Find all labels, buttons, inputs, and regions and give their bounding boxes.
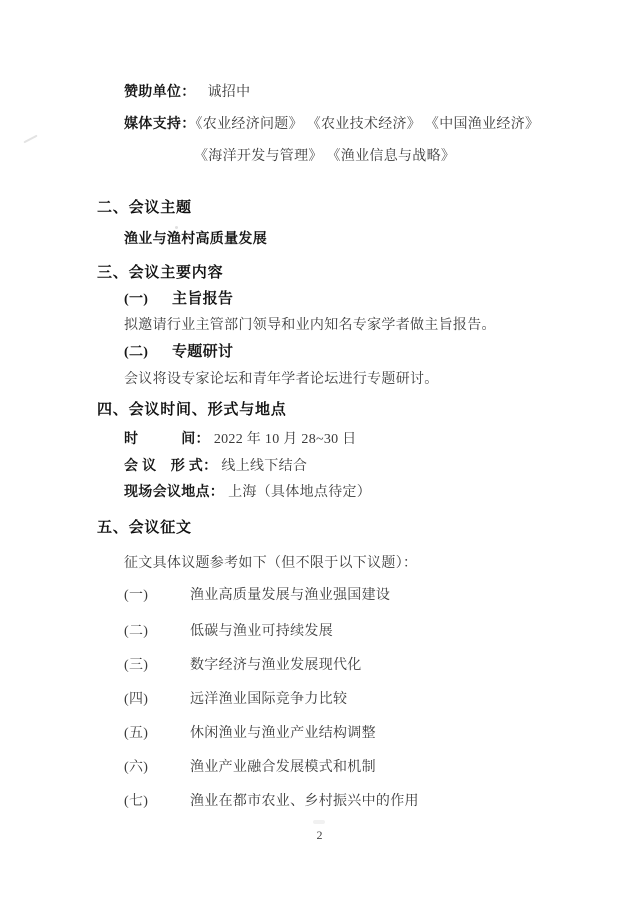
subsection-2-heading: (二)专题研讨: [124, 342, 233, 363]
sponsor-value: 诚招中: [208, 85, 251, 100]
scan-artifact: [313, 820, 325, 824]
topic-number: (二): [124, 622, 190, 642]
topic-row: (四)远洋渔业国际竞争力比较: [124, 690, 347, 710]
subsection-1-heading: (一)主旨报告: [124, 289, 233, 310]
topic-number: (四): [124, 690, 190, 710]
topic-text: 渔业产业融合发展模式和机制: [190, 760, 376, 775]
topic-row: (一)渔业高质量发展与渔业强国建设: [124, 586, 390, 606]
section-number: 五、: [97, 518, 129, 538]
time-label: 时 间：: [124, 432, 210, 447]
topic-row: (五)休闲渔业与渔业产业结构调整: [124, 724, 376, 744]
format-row: 会 议 形 式：线上线下结合: [124, 457, 307, 477]
topic-number: (三): [124, 656, 190, 676]
media-journals-line2: 《海洋开发与管理》 《渔业信息与战略》: [194, 147, 455, 167]
venue-row: 现场会议地点：上海（具体地点待定）: [124, 483, 371, 503]
section-title: 会议主题: [129, 200, 192, 216]
section-title: 会议征文: [129, 520, 192, 536]
venue-label: 现场会议地点：: [124, 485, 224, 500]
theme-statement: 渔业与渔村高质量发展: [124, 230, 267, 250]
format-value: 线上线下结合: [221, 459, 307, 474]
media-journals-line1: 《农业经济问题》 《农业技术经济》 《中国渔业经济》: [196, 117, 540, 132]
time-value: 2022 年 10 月 28~30 日: [214, 432, 357, 447]
topic-number: (六): [124, 758, 190, 778]
topic-row: (七)渔业在都市农业、乡村振兴中的作用: [124, 792, 419, 812]
topic-text: 数字经济与渔业发展现代化: [190, 658, 362, 673]
media-support-label: 媒体支持：: [124, 117, 196, 132]
section-title: 会议时间、形式与地点: [129, 402, 287, 418]
document-page: 赞助单位：诚招中 媒体支持：《农业经济问题》 《农业技术经济》 《中国渔业经济》…: [0, 0, 639, 904]
section-title: 会议主要内容: [129, 265, 224, 281]
subsection-title: 专题研讨: [172, 344, 233, 360]
section-cfp-heading: 五、会议征文: [97, 518, 192, 538]
media-support-row: 媒体支持：《农业经济问题》 《农业技术经济》 《中国渔业经济》: [124, 115, 539, 135]
venue-value: 上海（具体地点待定）: [228, 485, 371, 500]
topic-row: (二)低碳与渔业可持续发展: [124, 622, 333, 642]
sponsor-row: 赞助单位：诚招中: [124, 83, 250, 103]
topic-number: (一): [124, 586, 190, 606]
cfp-intro: 征文具体议题参考如下（但不限于以下议题）：: [124, 554, 417, 574]
subsection-title: 主旨报告: [172, 291, 233, 307]
section-number: 四、: [97, 400, 129, 420]
section-theme-heading: 二、会议主题: [97, 198, 192, 218]
topic-text: 低碳与渔业可持续发展: [190, 624, 333, 639]
format-label: 会 议 形 式：: [124, 459, 217, 474]
section-content-heading: 三、会议主要内容: [97, 263, 223, 283]
page-number: 2: [0, 828, 639, 843]
topic-text: 渔业高质量发展与渔业强国建设: [190, 588, 390, 603]
section-number: 三、: [97, 263, 129, 283]
topic-number: (七): [124, 792, 190, 812]
subsection-number: (一): [124, 290, 172, 310]
topic-row: (六)渔业产业融合发展模式和机制: [124, 758, 376, 778]
subsection-number: (二): [124, 343, 172, 363]
topic-text: 渔业在都市农业、乡村振兴中的作用: [190, 794, 419, 809]
section-logistics-heading: 四、会议时间、形式与地点: [97, 400, 287, 420]
topic-row: (三)数字经济与渔业发展现代化: [124, 656, 362, 676]
topic-text: 休闲渔业与渔业产业结构调整: [190, 726, 376, 741]
scan-artifact: [175, 226, 178, 229]
sponsor-label: 赞助单位：: [124, 85, 196, 100]
seminar-paragraph: 会议将设专家论坛和青年学者论坛进行专题研讨。: [124, 370, 439, 390]
scan-artifact: [23, 135, 37, 144]
section-number: 二、: [97, 198, 129, 218]
topic-number: (五): [124, 724, 190, 744]
keynote-paragraph: 拟邀请行业主管部门领导和业内知名专家学者做主旨报告。: [124, 316, 496, 336]
topic-text: 远洋渔业国际竞争力比较: [190, 692, 347, 707]
time-row: 时 间：2022 年 10 月 28~30 日: [124, 430, 357, 450]
